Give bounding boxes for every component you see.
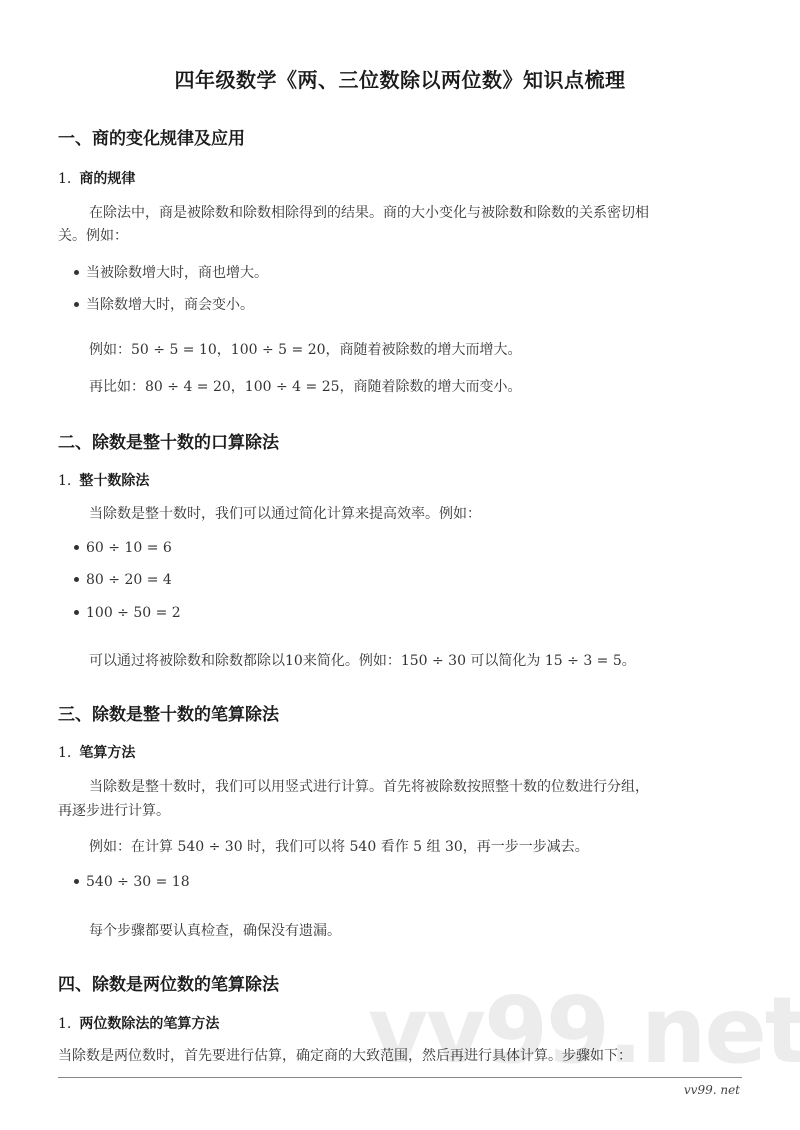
- list-item: 60 ÷ 10 = 6: [74, 540, 172, 556]
- list-item: 当被除数增大时，商也增大。: [74, 262, 268, 282]
- section-4-paragraph: 当除数是两位数时，首先要进行估算，确定商的大致范围，然后再进行具体计算。步骤如下…: [58, 1045, 632, 1065]
- section-2-paragraph: 当除数是整十数时，我们可以通过简化计算来提高效率。例如：: [89, 503, 481, 523]
- bullet-icon: [74, 577, 79, 582]
- section-3-paragraph-line-1: 当除数是整十数时，我们可以用竖式进行计算。首先将被除数按照整十数的位数进行分组，: [89, 776, 649, 796]
- subheading-number: 1.: [58, 473, 71, 489]
- list-item: 当除数增大时，商会变小。: [74, 294, 254, 314]
- subheading-number: 1.: [58, 745, 71, 761]
- section-4-heading: 四、除数是两位数的笔算除法: [58, 970, 279, 995]
- list-item: 540 ÷ 30 = 18: [74, 874, 190, 890]
- subheading-text: 笔算方法: [79, 745, 135, 761]
- list-item: 100 ÷ 50 = 2: [74, 605, 181, 621]
- subheading-number: 1.: [58, 1016, 71, 1032]
- bullet-icon: [74, 879, 79, 884]
- footer-site-label: vv99. net: [684, 1083, 740, 1097]
- bullet-icon: [74, 610, 79, 615]
- section-1-paragraph-line-2: 关。例如：: [58, 225, 128, 245]
- section-1-example-1: 例如：50 ÷ 5 = 10，100 ÷ 5 = 20，商随着被除数的增大而增大…: [89, 339, 522, 359]
- subheading-text: 两位数除法的笔算方法: [79, 1016, 219, 1032]
- section-3-paragraph-line-2: 再逐步进行计算。: [58, 800, 170, 820]
- section-4-subheading: 1.两位数除法的笔算方法: [58, 1013, 219, 1033]
- subheading-number: 1.: [58, 171, 71, 187]
- section-2-subheading: 1.整十数除法: [58, 470, 149, 490]
- section-3-example: 例如：在计算 540 ÷ 30 时，我们可以将 540 看作 5 组 30，再一…: [89, 836, 589, 856]
- list-item: 80 ÷ 20 = 4: [74, 572, 172, 588]
- section-3-subheading: 1.笔算方法: [58, 742, 135, 762]
- section-1-paragraph-line-1: 在除法中，商是被除数和除数相除得到的结果。商的大小变化与被除数和除数的关系密切相: [89, 202, 649, 222]
- section-2-heading: 二、除数是整十数的口算除法: [58, 428, 279, 453]
- section-3-heading: 三、除数是整十数的笔算除法: [58, 700, 279, 725]
- bullet-icon: [74, 545, 79, 550]
- subheading-text: 整十数除法: [79, 473, 149, 489]
- subheading-text: 商的规律: [79, 171, 135, 187]
- document-title: 四年级数学《两、三位数除以两位数》知识点梳理: [0, 64, 800, 93]
- section-1-heading: 一、商的变化规律及应用: [58, 124, 245, 149]
- footer-divider: [58, 1077, 742, 1078]
- section-3-note: 每个步骤都要认真检查，确保没有遗漏。: [89, 920, 341, 940]
- bullet-icon: [74, 302, 79, 307]
- section-2-note: 可以通过将被除数和除数都除以10来简化。例如：150 ÷ 30 可以简化为 15…: [89, 650, 636, 670]
- section-1-example-2: 再比如：80 ÷ 4 = 20，100 ÷ 4 = 25，商随着除数的增大而变小…: [89, 376, 522, 396]
- bullet-icon: [74, 270, 79, 275]
- section-1-subheading: 1.商的规律: [58, 168, 135, 188]
